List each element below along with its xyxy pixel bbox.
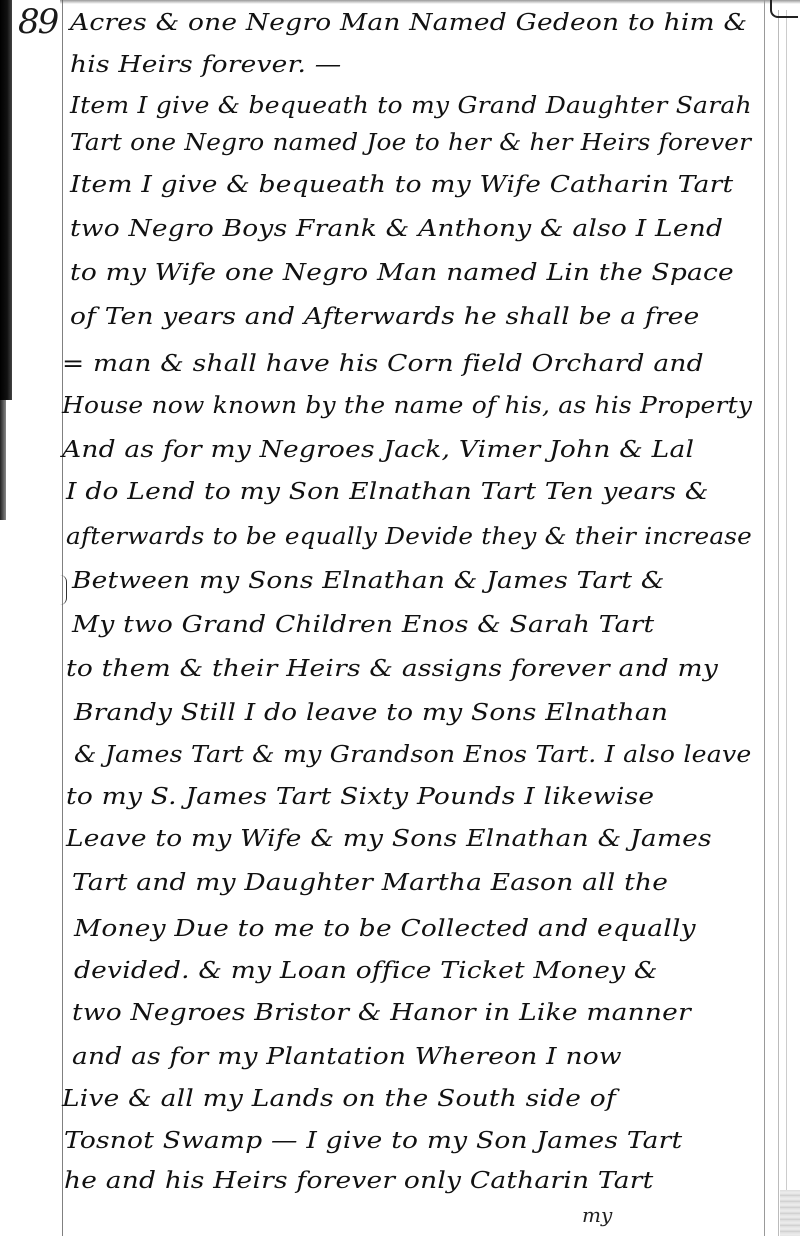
manuscript-line: to my Wife one Negro Man named Lin the S… xyxy=(70,260,734,286)
manuscript-line: Acres & one Negro Man Named Gedeon to hi… xyxy=(70,10,747,36)
manuscript-line: My two Grand Children Enos & Sarah Tart xyxy=(72,612,654,638)
manuscript-line: Tart and my Daughter Martha Eason all th… xyxy=(72,870,668,896)
manuscript-line: to them & their Heirs & assigns forever … xyxy=(66,656,718,682)
margin-rule xyxy=(62,0,63,1236)
manuscript-line: and as for my Plantation Whereon I now xyxy=(72,1044,622,1070)
left-page-shadow xyxy=(0,0,12,400)
manuscript-line: his Heirs forever. — xyxy=(70,52,341,78)
manuscript-line: two Negro Boys Frank & Anthony & also I … xyxy=(70,216,723,242)
binding-edge xyxy=(786,10,787,1236)
manuscript-line: Brandy Still I do leave to my Sons Elnat… xyxy=(74,700,668,726)
manuscript-line: Live & all my Lands on the South side of xyxy=(62,1086,616,1112)
manuscript-line: And as for my Negroes Jack, Vimer John &… xyxy=(62,437,694,463)
manuscript-line: Item I give & bequeath to my Wife Cathar… xyxy=(70,172,733,198)
bottom-page-stack xyxy=(780,1190,800,1236)
manuscript-line: he and his Heirs forever only Catharin T… xyxy=(64,1168,653,1194)
manuscript-line: I do Lend to my Son Elnathan Tart Ten ye… xyxy=(66,479,709,505)
manuscript-line: afterwards to be equally Devide they & t… xyxy=(66,524,752,550)
manuscript-line: devided. & my Loan office Ticket Money & xyxy=(74,958,658,984)
manuscript-line: Tosnot Swamp — I give to my Son James Ta… xyxy=(64,1128,682,1154)
catchword: my xyxy=(582,1203,612,1227)
manuscript-line: & James Tart & my Grandson Enos Tart. I … xyxy=(74,742,752,768)
binding-edge xyxy=(778,10,779,1236)
manuscript-line: House now known by the name of his, as h… xyxy=(62,393,752,419)
manuscript-line: of Ten years and Afterwards he shall be … xyxy=(70,304,700,330)
margin-bracket-mark xyxy=(60,575,67,605)
corner-bracket-mark xyxy=(770,0,798,18)
manuscript-line: to my S. James Tart Sixty Pounds I likew… xyxy=(66,784,654,810)
manuscript-line: Leave to my Wife & my Sons Elnathan & Ja… xyxy=(66,826,712,852)
manuscript-line: Tart one Negro named Joe to her & her He… xyxy=(70,130,751,156)
manuscript-line: Money Due to me to be Collected and equa… xyxy=(74,916,696,942)
left-page-shadow-lower xyxy=(0,400,6,520)
page-number: 89 xyxy=(18,2,57,42)
binding-edge xyxy=(764,0,765,1236)
manuscript-line: two Negroes Bristor & Hanor in Like mann… xyxy=(72,1000,691,1026)
manuscript-line: = man & shall have his Corn field Orchar… xyxy=(62,351,704,377)
manuscript-line: Between my Sons Elnathan & James Tart & xyxy=(72,568,665,594)
manuscript-line: Item I give & bequeath to my Grand Daugh… xyxy=(70,93,752,119)
top-page-edge xyxy=(60,0,800,4)
